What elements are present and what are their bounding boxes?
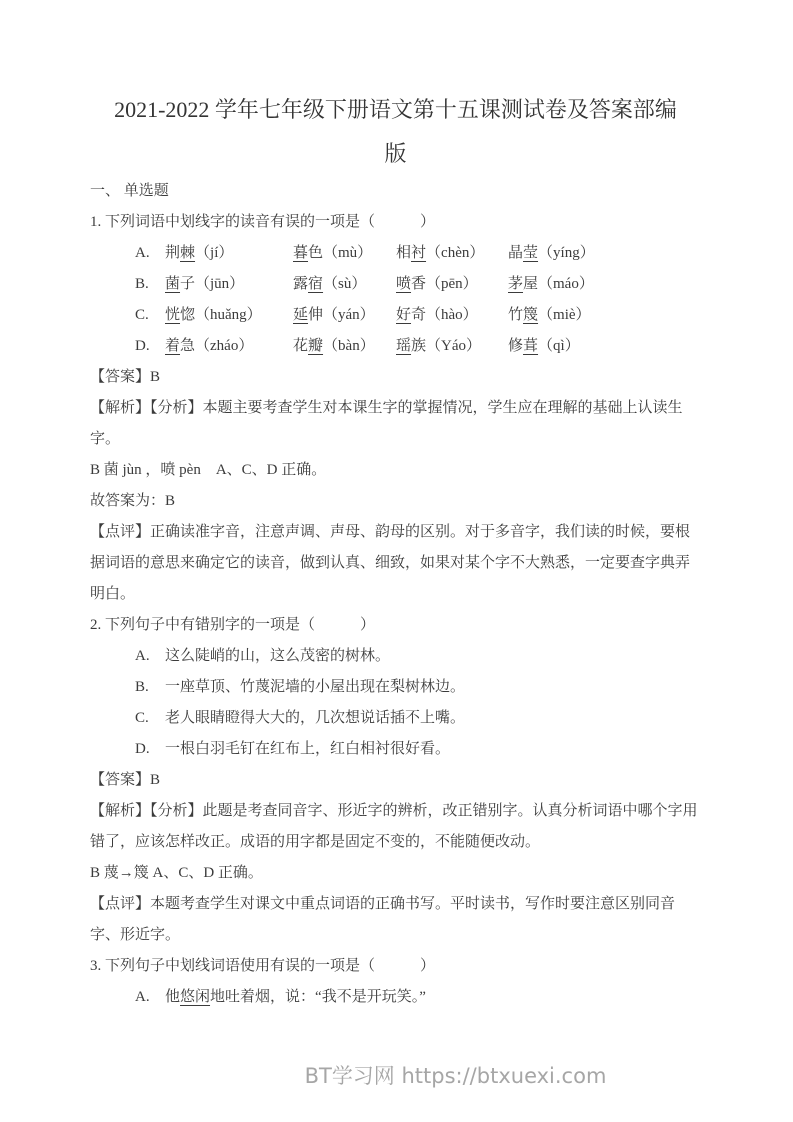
option-label-b: B.	[135, 269, 165, 300]
option-text: 这么陡峭的山，这么茂密的树林。	[165, 641, 390, 672]
word-item: 瑶族（Yáo）	[396, 331, 508, 362]
question-2-stem: 2. 下列句子中有错别字的一项是（ ）	[90, 610, 701, 641]
option-label-d: D.	[135, 331, 165, 362]
question-2-comment: 【点评】本题考查学生对课文中重点词语的正确书写。平时读书，写作时要注意区别同音字…	[90, 889, 701, 951]
option-text: 一座草顶、竹蔑泥墙的小屋出现在梨树林边。	[165, 672, 465, 703]
word-item: 相衬（chèn）	[396, 238, 508, 269]
word-item: 竹篾（miè）	[508, 300, 701, 331]
watermark-footer: BT学习网 https://btxuexi.com	[118, 1060, 793, 1090]
question-2-answer: 【答案】B	[90, 765, 701, 796]
question-1-stem: 1. 下列词语中划线字的读音有误的一项是（ ）	[90, 207, 701, 238]
word-item: 修葺（qì）	[508, 331, 701, 362]
option-text: 老人眼睛瞪得大大的，几次想说话插不上嘴。	[165, 703, 465, 734]
question-2-option-c: C. 老人眼睛瞪得大大的，几次想说话插不上嘴。	[135, 703, 701, 734]
document-title-line-1: 2021-2022 学年七年级下册语文第十五课测试卷及答案部编	[90, 88, 701, 132]
document-page: 2021-2022 学年七年级下册语文第十五课测试卷及答案部编 版 一、 单选题…	[0, 0, 793, 1122]
question-1-comment: 【点评】正确读准字音，注意声调、声母、韵母的区别。对于多音字，我们读的时候，要根…	[90, 517, 701, 610]
question-2-analysis: 【解析】【分析】此题是考查同音字、形近字的辨析，改正错别字。认真分析词语中哪个字…	[90, 796, 701, 858]
word-item: 喷香（pēn）	[396, 269, 508, 300]
option-label-a: A.	[135, 982, 165, 1013]
document-title-line-2: 版	[90, 132, 701, 176]
word-item: 花瓣（bàn）	[293, 331, 396, 362]
word-item: 晶莹（yíng）	[508, 238, 701, 269]
question-1-detail: B 菌 jùn ，喷 pèn A、C、D 正确。	[90, 455, 701, 486]
question-2-option-b: B. 一座草顶、竹蔑泥墙的小屋出现在梨树林边。	[135, 672, 701, 703]
question-2-option-d: D. 一根白羽毛钉在红布上，红白相衬很好看。	[135, 734, 701, 765]
option-label-b: B.	[135, 672, 165, 703]
option-text: 他悠闲地吐着烟，说：“我不是开玩笑。”	[165, 982, 426, 1013]
word-item: 恍惚（huǎng）	[165, 300, 293, 331]
question-1-conclusion: 故答案为：B	[90, 486, 701, 517]
word-item: 茅屋（máo）	[508, 269, 701, 300]
option-text: 一根白羽毛钉在红布上，红白相衬很好看。	[165, 734, 450, 765]
question-2-option-a: A. 这么陡峭的山，这么茂密的树林。	[135, 641, 701, 672]
question-3-stem: 3. 下列句子中划线词语使用有误的一项是（ ）	[90, 951, 701, 982]
document-content: 2021-2022 学年七年级下册语文第十五课测试卷及答案部编 版 一、 单选题…	[0, 0, 793, 1013]
word-item: 荆棘（jí）	[165, 238, 293, 269]
option-label-a: A.	[135, 641, 165, 672]
question-1-analysis: 【解析】【分析】本题主要考查学生对本课生字的掌握情况，学生应在理解的基础上认读生…	[90, 393, 701, 455]
document-title: 2021-2022 学年七年级下册语文第十五课测试卷及答案部编 版	[90, 88, 701, 176]
section-heading: 一、 单选题	[90, 176, 701, 207]
word-item: 菌子（jūn）	[165, 269, 293, 300]
option-label-c: C.	[135, 703, 165, 734]
word-item: 暮色（mù）	[293, 238, 396, 269]
question-3-option-a: A. 他悠闲地吐着烟，说：“我不是开玩笑。”	[135, 982, 701, 1013]
question-1-options: A. 荆棘（jí） 暮色（mù） 相衬（chèn） 晶莹（yíng） B. 菌子…	[135, 238, 701, 362]
word-item: 好奇（hào）	[396, 300, 508, 331]
option-label-c: C.	[135, 300, 165, 331]
word-item: 着急（zháo）	[165, 331, 293, 362]
word-item: 延伸（yán）	[293, 300, 396, 331]
word-item: 露宿（sù）	[293, 269, 396, 300]
option-label-a: A.	[135, 238, 165, 269]
question-1-answer: 【答案】B	[90, 362, 701, 393]
question-2-detail: B 蔑→篾 A、C、D 正确。	[90, 858, 701, 889]
option-label-d: D.	[135, 734, 165, 765]
